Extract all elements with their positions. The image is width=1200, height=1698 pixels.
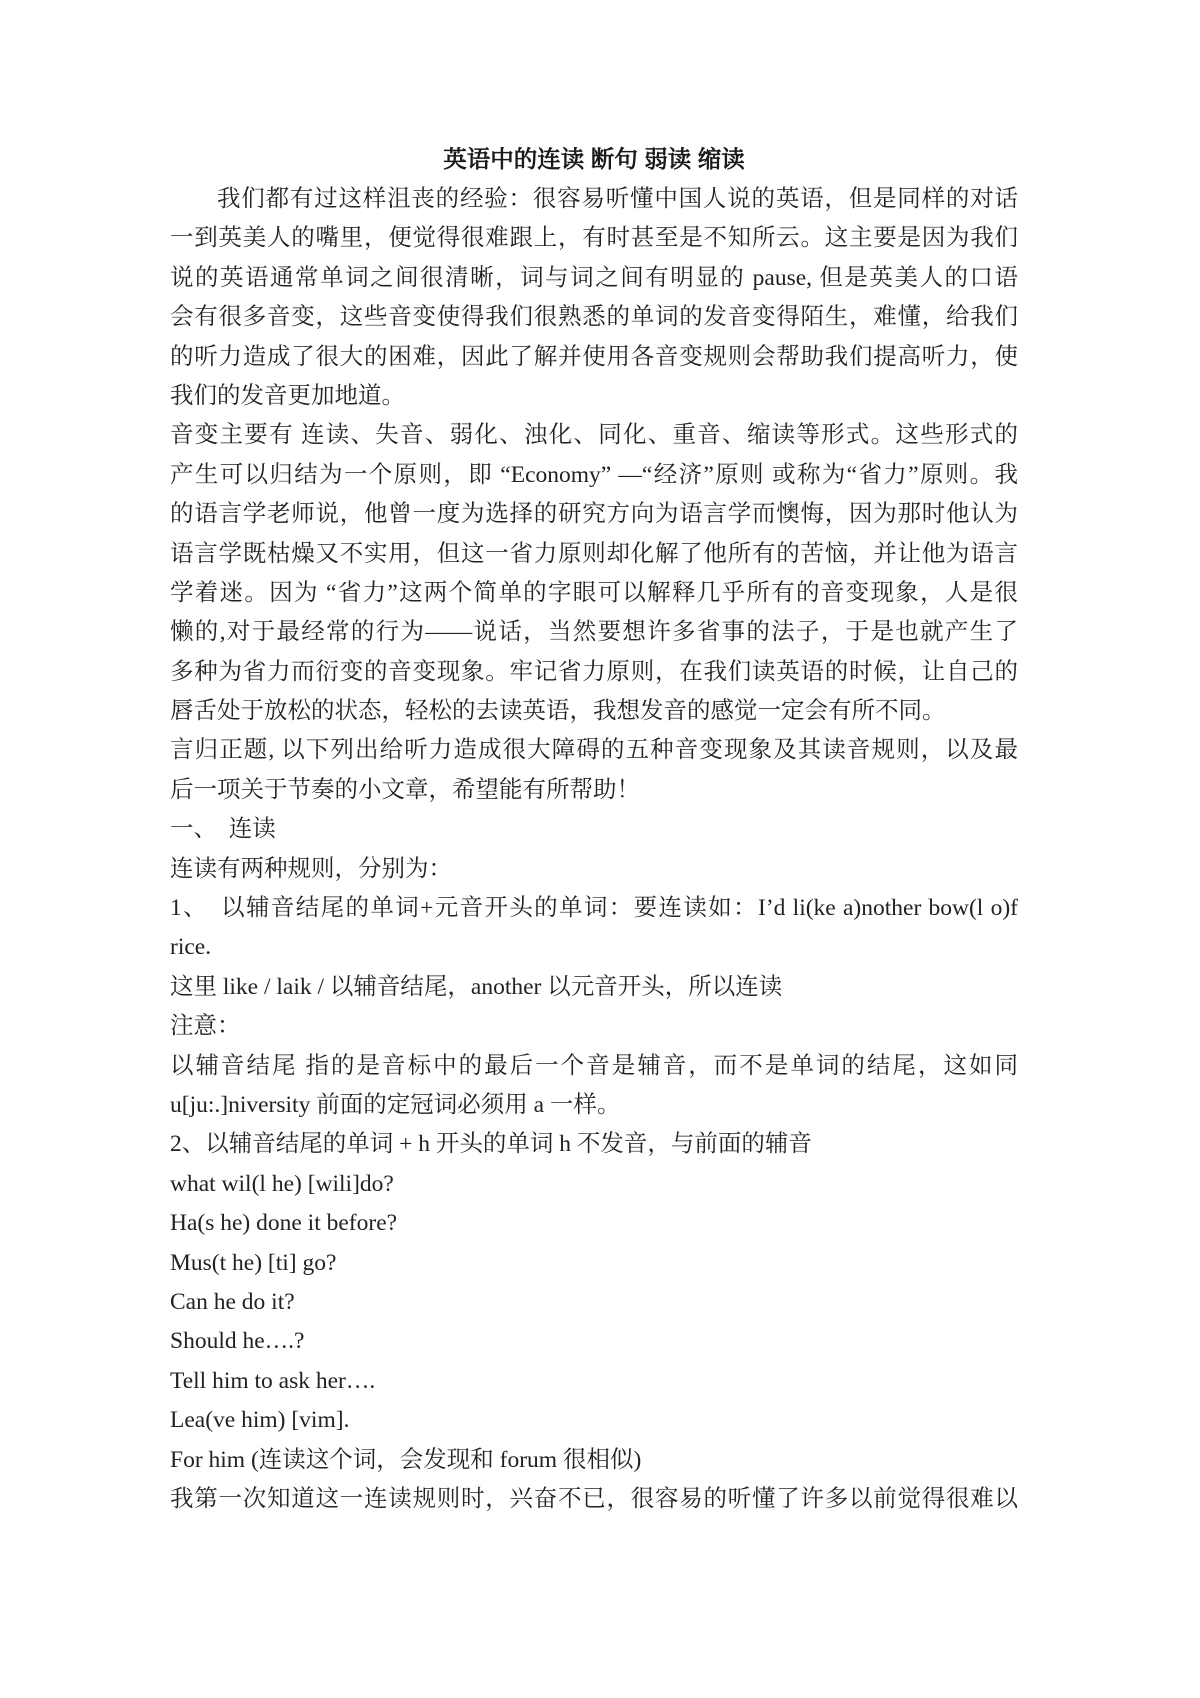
- text-line: 一到英美人的嘴里，便觉得很难跟上，有时甚至是不知所云。这主要是因为我们: [170, 219, 1018, 258]
- text-line: 一、 连读: [170, 810, 1018, 849]
- text-line: For him (连读这个词，会发现和 forum 很相似): [170, 1441, 1018, 1480]
- text-line: Can he do it?: [170, 1283, 1018, 1322]
- text-line: 说的英语通常单词之间很清晰，词与词之间有明显的 pause, 但是英美人的口语: [170, 259, 1018, 298]
- text-line: 以辅音结尾 指的是音标中的最后一个音是辅音，而不是单词的结尾，这如同: [170, 1047, 1018, 1086]
- text-line: Tell him to ask her….: [170, 1362, 1018, 1401]
- text-line: 我第一次知道这一连读规则时，兴奋不已，很容易的听懂了许多以前觉得很难以: [170, 1480, 1018, 1519]
- text-line: rice.: [170, 928, 1018, 967]
- text-line: Ha(s he) done it before?: [170, 1204, 1018, 1243]
- text-line: 我们的发音更加地道。: [170, 377, 1018, 416]
- text-line: 我们都有过这样沮丧的经验：很容易听懂中国人说的英语，但是同样的对话: [170, 180, 1018, 219]
- text-line: 注意：: [170, 1007, 1018, 1046]
- text-line: 的听力造成了很大的困难，因此了解并使用各音变规则会帮助我们提高听力，使: [170, 338, 1018, 377]
- text-line: 1、 以辅音结尾的单词+元音开头的单词：要连读如：I’d li(ke a)not…: [170, 889, 1018, 928]
- text-line: 懒的,对于最经常的行为——说话，当然要想许多省事的法子，于是也就产生了: [170, 613, 1018, 652]
- document-title: 英语中的连读 断句 弱读 缩读: [170, 139, 1018, 180]
- text-line: 唇舌处于放松的状态，轻松的去读英语，我想发音的感觉一定会有所不同。: [170, 692, 1018, 731]
- text-line: 会有很多音变，这些音变使得我们很熟悉的单词的发音变得陌生，难懂，给我们: [170, 298, 1018, 337]
- text-line: 产生可以归结为一个原则，即 “Economy” —“经济”原则 或称为“省力”原…: [170, 456, 1018, 495]
- document-body: 我们都有过这样沮丧的经验：很容易听懂中国人说的英语，但是同样的对话一到英美人的嘴…: [170, 180, 1018, 1519]
- text-line: 2、以辅音结尾的单词 + h 开头的单词 h 不发音，与前面的辅音: [170, 1125, 1018, 1164]
- text-line: Should he….?: [170, 1322, 1018, 1361]
- text-line: Lea(ve him) [vim].: [170, 1401, 1018, 1440]
- text-line: 连读有两种规则，分别为：: [170, 850, 1018, 889]
- text-line: 多种为省力而衍变的音变现象。牢记省力原则，在我们读英语的时候，让自己的: [170, 653, 1018, 692]
- text-line: Mus(t he) [ti] go?: [170, 1244, 1018, 1283]
- text-line: what wil(l he) [wili]do?: [170, 1165, 1018, 1204]
- text-line: u[ju:.]niversity 前面的定冠词必须用 a 一样。: [170, 1086, 1018, 1125]
- text-line: 学着迷。因为 “省力”这两个简单的字眼可以解释几乎所有的音变现象，人是很: [170, 574, 1018, 613]
- document-page: 英语中的连读 断句 弱读 缩读 我们都有过这样沮丧的经验：很容易听懂中国人说的英…: [170, 139, 1018, 1519]
- text-line: 言归正题, 以下列出给听力造成很大障碍的五种音变现象及其读音规则，以及最: [170, 731, 1018, 770]
- text-line: 后一项关于节奏的小文章，希望能有所帮助！: [170, 771, 1018, 810]
- text-line: 语言学既枯燥又不实用，但这一省力原则却化解了他所有的苦恼，并让他为语言: [170, 535, 1018, 574]
- text-line: 的语言学老师说，他曾一度为选择的研究方向为语言学而懊悔，因为那时他认为: [170, 495, 1018, 534]
- text-line: 这里 like / laik / 以辅音结尾，another 以元音开头，所以连…: [170, 968, 1018, 1007]
- text-line: 音变主要有 连读、失音、弱化、浊化、同化、重音、缩读等形式。这些形式的: [170, 416, 1018, 455]
